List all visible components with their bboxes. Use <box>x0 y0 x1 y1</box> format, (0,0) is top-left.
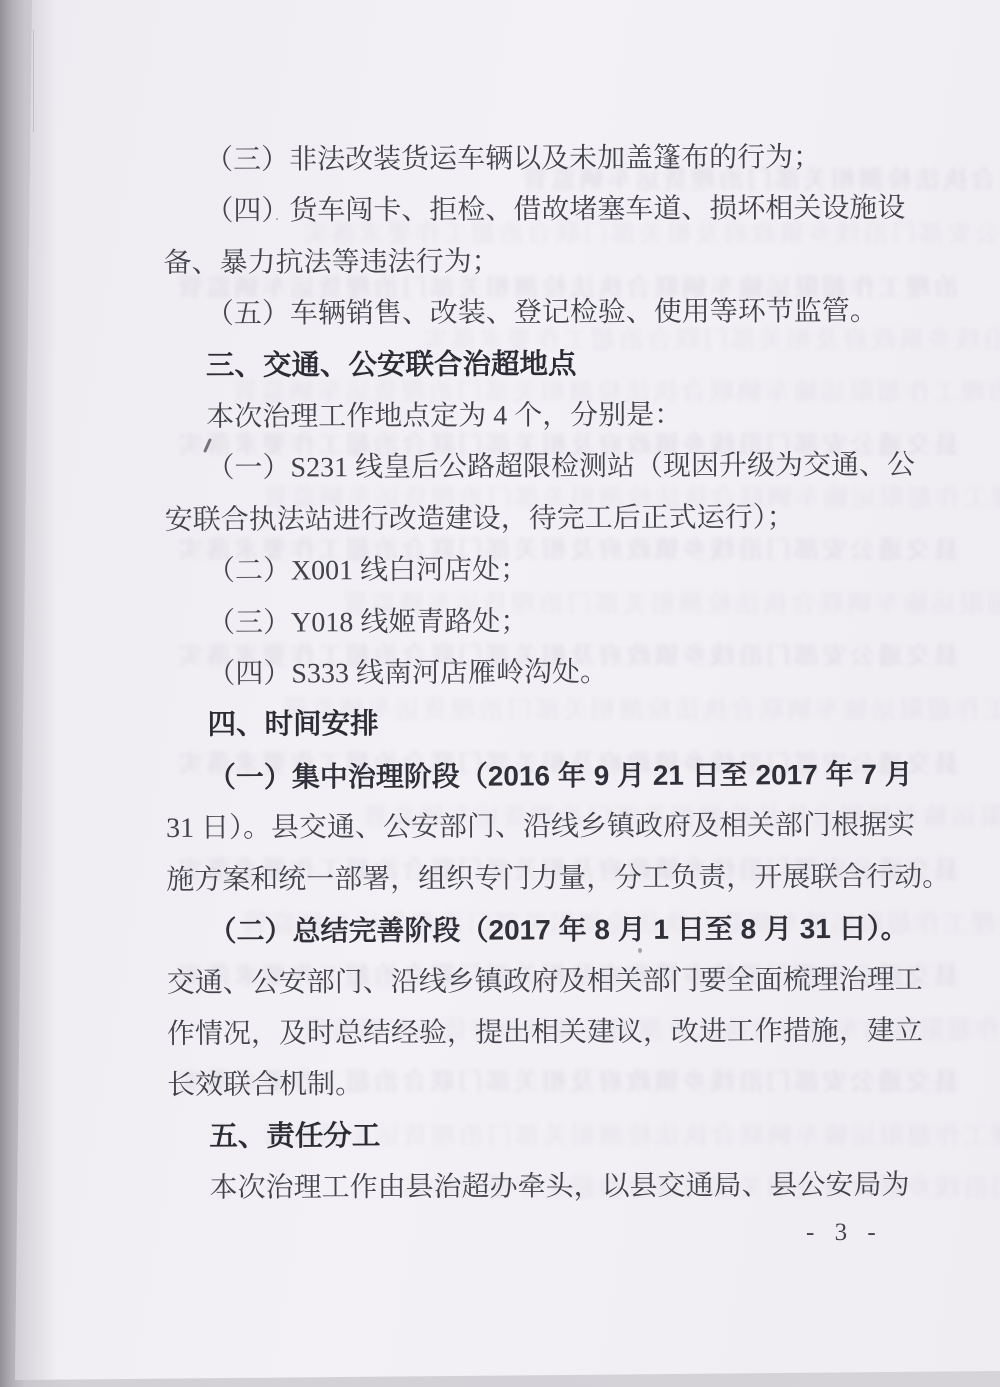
text-line: （四）S333 线南河店雁岭沟处。 <box>165 646 910 701</box>
text-line: 安联合执法站进行改造建设，待完工后正式运行）； <box>165 492 910 547</box>
text-line: 交通、公安部门、沿线乡镇政府及相关部门要全面梳理治理工 <box>167 954 912 1009</box>
scanned-page-background: { "page": { "number_label": "- 3 -" }, "… <box>0 0 1000 1387</box>
paper-crease <box>33 30 34 132</box>
section-heading-5: 五、责任分工 <box>167 1108 912 1163</box>
text-line: （三）Y018 线姬青路处； <box>165 594 910 649</box>
section-heading-3: 三、交通、公安联合治超地点 <box>164 337 909 392</box>
section-heading-4: 四、时间安排 <box>165 697 910 752</box>
text-line: 本次治理工作地点定为 4 个，分别是： <box>164 389 909 444</box>
text-line: （四）货车闯卡、拒检、借故堵塞车道、损坏相关设施设 <box>163 183 908 238</box>
document-page: 治理工作超限运输车辆联合执法检测相关部门治理货运车辆监管 县交通公安部门沿线乡镇… <box>0 0 1000 1387</box>
ink-speck <box>276 218 278 220</box>
text-line: 作情况，及时总结经验，提出相关建议，改进工作措施，建立 <box>167 1006 912 1061</box>
text-line: （一）S231 线皇后公路超限检测站（现因升级为交通、公 <box>164 440 909 495</box>
ink-speck <box>638 948 642 953</box>
text-line: 31 日）。县交通、公安部门、沿线乡镇政府及相关部门根据实 <box>166 800 911 855</box>
text-line: 施方案和统一部署，组织专门力量，分工负责，开展联合行动。 <box>166 851 911 906</box>
page-number: - 3 - <box>806 1219 883 1247</box>
text-line: （五）车辆销售、改装、登记检验、使用等环节监管。 <box>164 286 909 341</box>
text-line: 备、暴力抗法等违法行为； <box>163 235 908 290</box>
text-line-bold: （一）集中治理阶段（2016 年 9 月 21 日至 2017 年 7 月 <box>166 749 911 804</box>
text-line: 本次治理工作由县治超办牵头，以县交通局、县公安局为 <box>167 1160 912 1215</box>
text-line-bold: （二）总结完善阶段（2017 年 8 月 1 日至 8 月 31 日）。 <box>166 903 911 958</box>
document-text-block: （三）非法改装货运车辆以及未加盖篷布的行为； （四）货车闯卡、拒检、借故堵塞车道… <box>163 132 913 1215</box>
text-line: （三）非法改装货运车辆以及未加盖篷布的行为； <box>163 132 908 187</box>
text-line: （二）X001 线白河店处； <box>165 543 910 598</box>
text-line: 长效联合机制。 <box>167 1057 912 1112</box>
paper-edge-shadow <box>15 0 57 1380</box>
